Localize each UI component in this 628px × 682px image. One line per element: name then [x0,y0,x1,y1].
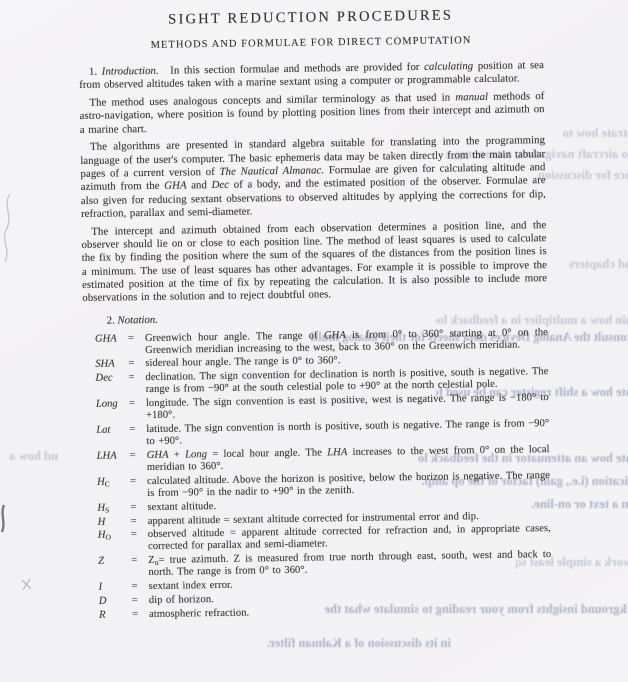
bleedthrough-text: nd how a [0,449,58,463]
notation-symbol: I [87,581,132,594]
equals-sign: = [128,372,145,396]
equals-sign: = [132,595,149,607]
bleedthrough-text: in its discussion of a Kalman filter. [235,636,451,650]
equals-sign: = [130,502,147,514]
notation-definition: Zn= true azimuth. Z is measured from tru… [148,549,551,579]
bleedthrough-text: nd chapters [556,257,628,271]
intro-paragraph-1: 1. Introduction. In this section formula… [79,59,544,92]
notation-symbol: D [87,595,132,608]
equals-sign: = [129,424,146,448]
scan-artifact-curl [0,192,18,264]
intro-paragraph-3: The algorithms are presented in standard… [80,135,546,222]
section-label-introduction: Introduction. [102,65,159,78]
section-number: 2. [107,314,118,326]
notation-definition: GHA + Long = local hour angle. The LHA i… [147,444,550,474]
section-label-notation: Notation. [117,313,158,326]
equals-sign: = [132,609,149,621]
section-number: 1. [89,66,102,78]
scan-artifact-pencil-mark [20,577,34,592]
notation-heading: 2. Notation. [83,308,548,328]
notation-definition: longitude. The sign convention is east i… [146,392,549,422]
notation-symbol: Lat [84,424,129,449]
scanned-document-page: strate how to to aircraft navigation, as… [0,0,628,682]
notation-definition: calculated altitude. Above the horizon i… [147,470,550,500]
notation-symbol: LHA [85,450,130,475]
equals-sign: = [128,358,145,370]
notation-definition: latitude. The sign convention is north i… [146,418,549,448]
notation-list: GHA = Greenwich hour angle. The range of… [83,327,552,622]
notation-symbol: R [87,609,132,622]
equals-sign: = [130,450,147,474]
equals-sign: = [130,476,147,500]
intro-paragraph-2: The method uses analogous concepts and s… [79,90,545,137]
equals-sign: = [131,529,148,553]
scan-artifact-smudge [0,503,10,535]
notation-symbol: HS [85,502,130,515]
equals-sign: = [129,398,146,422]
notation-definition: declination. The sign convention for dec… [145,366,548,396]
intro-paragraph-4: The intercept and azimuth obtained from … [81,219,547,306]
document-body: SIGHT REDUCTION PROCEDURES METHODS AND F… [78,0,552,622]
equals-sign: = [131,516,148,528]
equals-sign: = [132,581,149,593]
notation-symbol: GHA [83,333,128,358]
equals-sign: = [131,555,148,579]
page-title: SIGHT REDUCTION PROCEDURES [78,6,543,30]
notation-symbol: H [86,516,131,529]
notation-symbol: SHA [83,359,128,372]
notation-symbol: HO [86,530,131,555]
notation-definition: Greenwich hour angle. The range of GHA i… [145,327,548,357]
page-subtitle: METHODS AND FORMULAE FOR DIRECT COMPUTAT… [79,34,544,52]
notation-symbol: Dec [83,373,128,398]
notation-symbol: Long [84,398,129,423]
notation-symbol: HC [85,476,130,501]
equals-sign: = [128,333,145,357]
notation-symbol: Z [86,556,131,581]
